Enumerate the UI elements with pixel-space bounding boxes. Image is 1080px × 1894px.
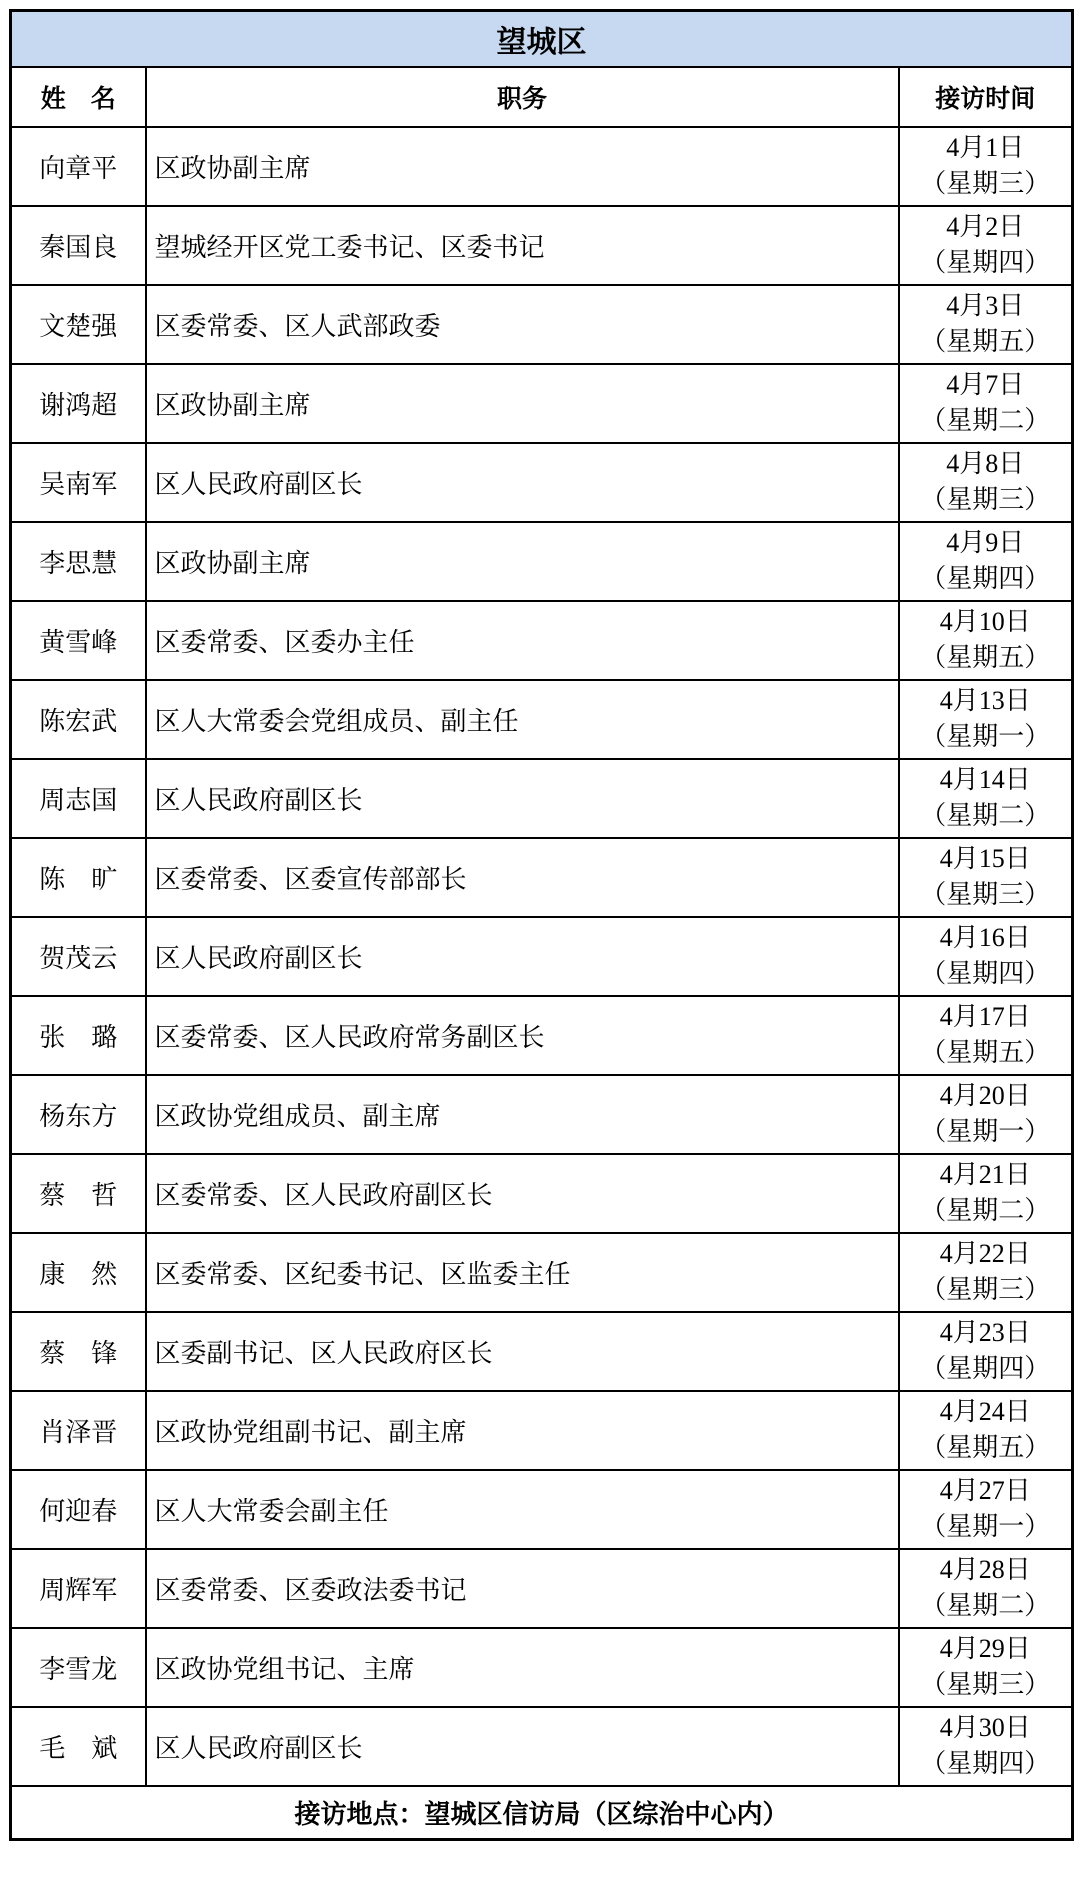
person-name: 周辉军 [11,1549,146,1628]
visit-date: 4月1日 [901,130,1071,166]
visit-date: 4月28日 [901,1552,1071,1588]
person-position: 区人民政府副区长 [146,443,899,522]
table-title-row: 望城区 [11,11,1073,67]
person-position: 区人大常委会党组成员、副主任 [146,680,899,759]
visit-date: 4月10日 [901,604,1071,640]
table-row: 肖泽晋 区政协党组副书记、副主席 4月24日 （星期五） [11,1391,1073,1470]
visit-weekday: （星期三） [901,877,1071,913]
person-name: 向章平 [11,127,146,206]
visit-time: 4月27日 （星期一） [899,1470,1073,1549]
person-position: 区委常委、区人民政府常务副区长 [146,996,899,1075]
visit-time: 4月22日 （星期三） [899,1233,1073,1312]
table-row: 蔡 锋 区委副书记、区人民政府区长 4月23日 （星期四） [11,1312,1073,1391]
visit-weekday: （星期一） [901,1509,1071,1545]
table-row: 文楚强 区委常委、区人武部政委 4月3日 （星期五） [11,285,1073,364]
visit-weekday: （星期一） [901,1114,1071,1150]
person-name: 贺茂云 [11,917,146,996]
visit-weekday: （星期五） [901,1035,1071,1071]
visit-time: 4月1日 （星期三） [899,127,1073,206]
visit-time: 4月10日 （星期五） [899,601,1073,680]
table-row: 黄雪峰 区委常委、区委办主任 4月10日 （星期五） [11,601,1073,680]
visit-time: 4月15日 （星期三） [899,838,1073,917]
visit-date: 4月14日 [901,762,1071,798]
visit-time: 4月14日 （星期二） [899,759,1073,838]
person-position: 区政协党组副书记、副主席 [146,1391,899,1470]
visit-weekday: （星期四） [901,245,1071,281]
column-header-name: 姓 名 [11,67,146,127]
visit-weekday: （星期一） [901,719,1071,755]
person-position: 区委副书记、区人民政府区长 [146,1312,899,1391]
person-position: 区委常委、区人民政府副区长 [146,1154,899,1233]
person-position: 区委常委、区委政法委书记 [146,1549,899,1628]
visit-time: 4月20日 （星期一） [899,1075,1073,1154]
visit-weekday: （星期二） [901,403,1071,439]
visit-date: 4月30日 [901,1710,1071,1746]
column-header-position: 职务 [146,67,899,127]
visit-date: 4月29日 [901,1631,1071,1667]
person-name: 李雪龙 [11,1628,146,1707]
visit-date: 4月22日 [901,1236,1071,1272]
person-name: 康 然 [11,1233,146,1312]
table-row: 吴南军 区人民政府副区长 4月8日 （星期三） [11,443,1073,522]
visit-date: 4月17日 [901,999,1071,1035]
visit-time: 4月29日 （星期三） [899,1628,1073,1707]
visit-date: 4月16日 [901,920,1071,956]
person-position: 区人民政府副区长 [146,759,899,838]
table-row: 陈 旷 区委常委、区委宣传部部长 4月15日 （星期三） [11,838,1073,917]
visit-time: 4月16日 （星期四） [899,917,1073,996]
person-position: 区政协党组书记、主席 [146,1628,899,1707]
visit-weekday: （星期三） [901,1667,1071,1703]
table-row: 周辉军 区委常委、区委政法委书记 4月28日 （星期二） [11,1549,1073,1628]
person-name: 杨东方 [11,1075,146,1154]
visit-weekday: （星期四） [901,1746,1071,1782]
person-position: 区政协副主席 [146,127,899,206]
person-name: 肖泽晋 [11,1391,146,1470]
person-name: 秦国良 [11,206,146,285]
visit-weekday: （星期五） [901,640,1071,676]
visit-weekday: （星期四） [901,956,1071,992]
person-position: 区委常委、区人武部政委 [146,285,899,364]
visit-time: 4月13日 （星期一） [899,680,1073,759]
person-name: 李思慧 [11,522,146,601]
visit-weekday: （星期二） [901,798,1071,834]
visit-time: 4月9日 （星期四） [899,522,1073,601]
table-row: 谢鸿超 区政协副主席 4月7日 （星期二） [11,364,1073,443]
table-row: 陈宏武 区人大常委会党组成员、副主任 4月13日 （星期一） [11,680,1073,759]
visit-date: 4月7日 [901,367,1071,403]
person-position: 区委常委、区委宣传部部长 [146,838,899,917]
table-row: 周志国 区人民政府副区长 4月14日 （星期二） [11,759,1073,838]
reception-location: 接访地点：望城区信访局（区综治中心内） [11,1786,1073,1840]
visit-weekday: （星期五） [901,324,1071,360]
visit-date: 4月3日 [901,288,1071,324]
visit-date: 4月23日 [901,1315,1071,1351]
person-position: 区政协副主席 [146,364,899,443]
person-name: 毛 斌 [11,1707,146,1786]
person-position: 区政协党组成员、副主席 [146,1075,899,1154]
table-row: 何迎春 区人大常委会副主任 4月27日 （星期一） [11,1470,1073,1549]
table-row: 向章平 区政协副主席 4月1日 （星期三） [11,127,1073,206]
person-position: 区人大常委会副主任 [146,1470,899,1549]
visit-time: 4月8日 （星期三） [899,443,1073,522]
person-name: 吴南军 [11,443,146,522]
visit-weekday: （星期五） [901,1430,1071,1466]
person-position: 望城经开区党工委书记、区委书记 [146,206,899,285]
visit-time: 4月2日 （星期四） [899,206,1073,285]
person-name: 陈 旷 [11,838,146,917]
visit-weekday: （星期三） [901,166,1071,202]
visit-time: 4月3日 （星期五） [899,285,1073,364]
person-name: 张 璐 [11,996,146,1075]
visit-date: 4月8日 [901,446,1071,482]
person-name: 文楚强 [11,285,146,364]
visit-date: 4月21日 [901,1157,1071,1193]
reception-schedule-table: 望城区 姓 名 职务 接访时间 向章平 区政协副主席 4月1日 （星期三） 秦国… [9,9,1074,1841]
visit-weekday: （星期二） [901,1588,1071,1624]
visit-weekday: （星期三） [901,1272,1071,1308]
table-row: 李思慧 区政协副主席 4月9日 （星期四） [11,522,1073,601]
visit-time: 4月28日 （星期二） [899,1549,1073,1628]
visit-weekday: （星期二） [901,1193,1071,1229]
visit-time: 4月17日 （星期五） [899,996,1073,1075]
table-row: 蔡 哲 区委常委、区人民政府副区长 4月21日 （星期二） [11,1154,1073,1233]
visit-time: 4月30日 （星期四） [899,1707,1073,1786]
column-header-time: 接访时间 [899,67,1073,127]
visit-time: 4月7日 （星期二） [899,364,1073,443]
visit-date: 4月13日 [901,683,1071,719]
document-page: 望城区 姓 名 职务 接访时间 向章平 区政协副主席 4月1日 （星期三） 秦国… [0,0,1080,1894]
table-row: 李雪龙 区政协党组书记、主席 4月29日 （星期三） [11,1628,1073,1707]
visit-date: 4月15日 [901,841,1071,877]
table-row: 杨东方 区政协党组成员、副主席 4月20日 （星期一） [11,1075,1073,1154]
visit-date: 4月24日 [901,1394,1071,1430]
person-name: 陈宏武 [11,680,146,759]
district-title: 望城区 [11,11,1073,67]
person-position: 区人民政府副区长 [146,917,899,996]
visit-weekday: （星期四） [901,561,1071,597]
visit-time: 4月23日 （星期四） [899,1312,1073,1391]
visit-date: 4月27日 [901,1473,1071,1509]
table-footer-row: 接访地点：望城区信访局（区综治中心内） [11,1786,1073,1840]
person-name: 蔡 锋 [11,1312,146,1391]
table-row: 张 璐 区委常委、区人民政府常务副区长 4月17日 （星期五） [11,996,1073,1075]
table-header-row: 姓 名 职务 接访时间 [11,67,1073,127]
visit-time: 4月24日 （星期五） [899,1391,1073,1470]
person-name: 何迎春 [11,1470,146,1549]
person-name: 蔡 哲 [11,1154,146,1233]
visit-date: 4月2日 [901,209,1071,245]
person-name: 周志国 [11,759,146,838]
person-position: 区委常委、区纪委书记、区监委主任 [146,1233,899,1312]
visit-weekday: （星期三） [901,482,1071,518]
person-name: 黄雪峰 [11,601,146,680]
table-row: 毛 斌 区人民政府副区长 4月30日 （星期四） [11,1707,1073,1786]
table-row: 康 然 区委常委、区纪委书记、区监委主任 4月22日 （星期三） [11,1233,1073,1312]
person-name: 谢鸿超 [11,364,146,443]
table-row: 秦国良 望城经开区党工委书记、区委书记 4月2日 （星期四） [11,206,1073,285]
table-row: 贺茂云 区人民政府副区长 4月16日 （星期四） [11,917,1073,996]
visit-date: 4月9日 [901,525,1071,561]
visit-time: 4月21日 （星期二） [899,1154,1073,1233]
visit-date: 4月20日 [901,1078,1071,1114]
person-position: 区人民政府副区长 [146,1707,899,1786]
person-position: 区委常委、区委办主任 [146,601,899,680]
visit-weekday: （星期四） [901,1351,1071,1387]
person-position: 区政协副主席 [146,522,899,601]
